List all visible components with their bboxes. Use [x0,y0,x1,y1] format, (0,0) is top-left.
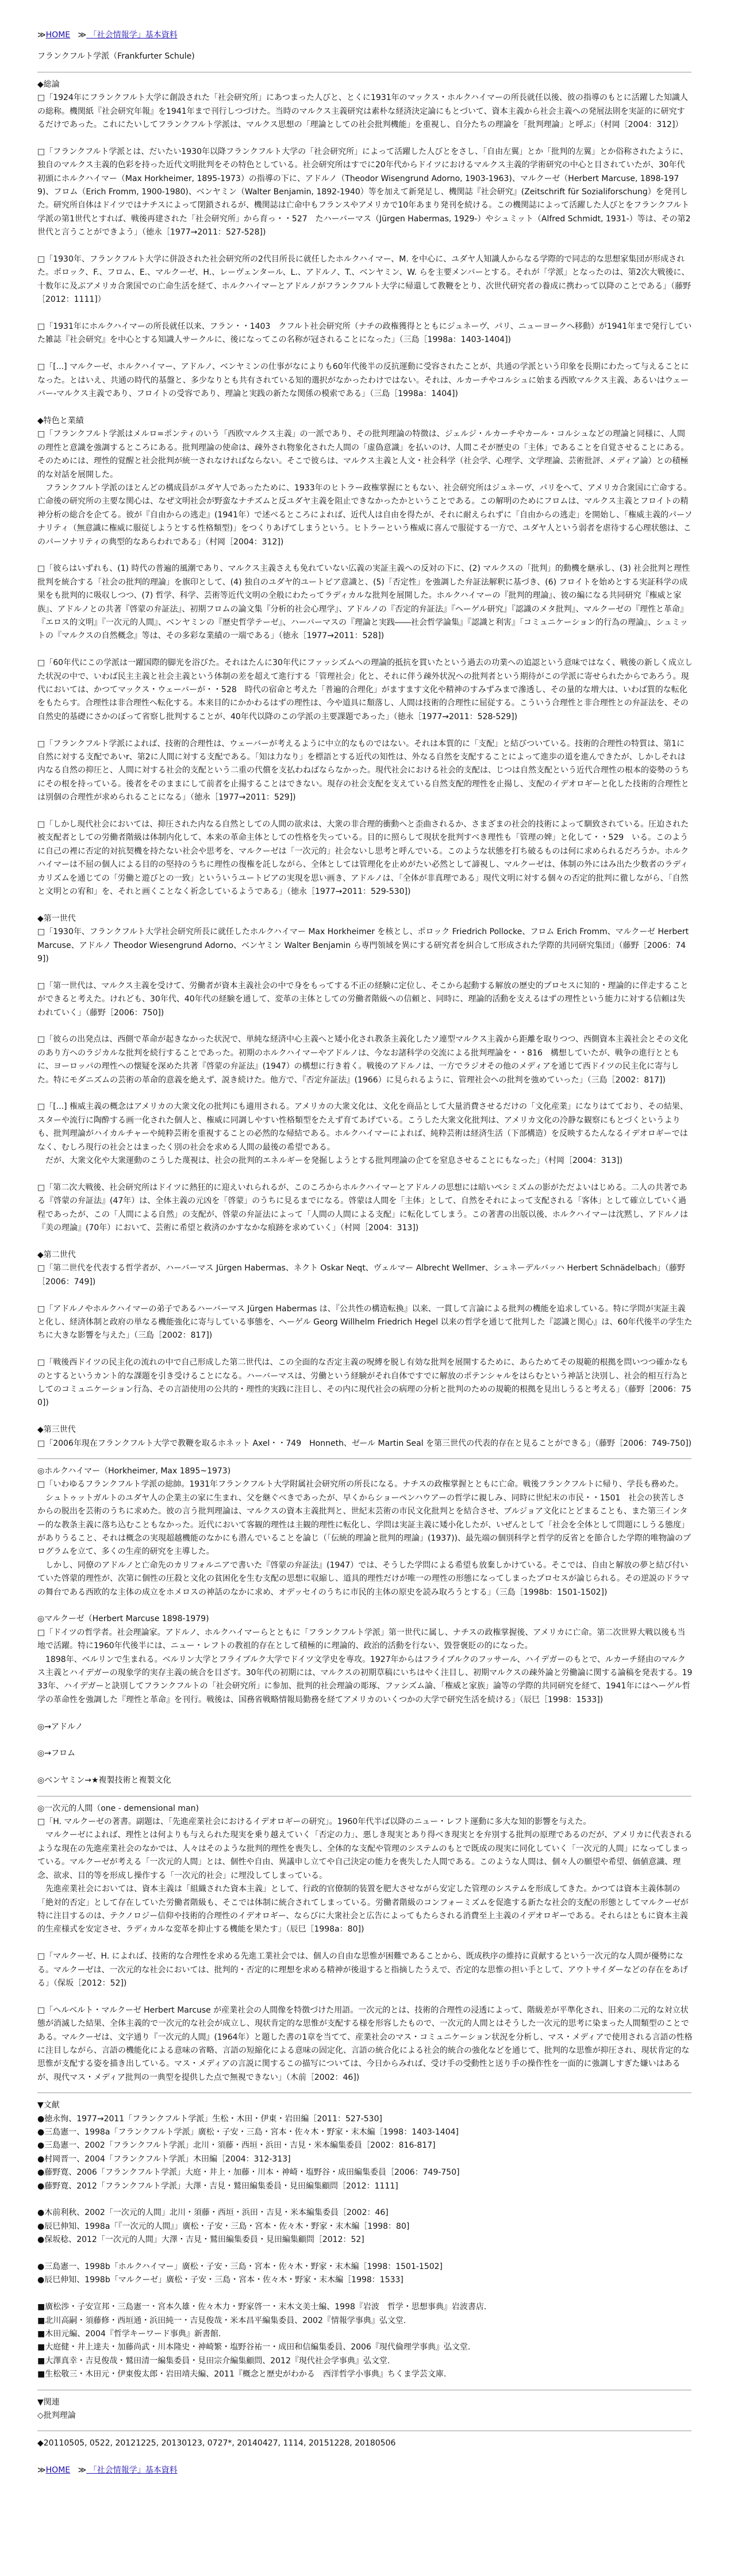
social-informatics-basics-link[interactable]: 「社会情報学」基本資料 [86,30,177,40]
quote-paragraph: □「いわゆるフランクフルト学派の総帥。1931年フランクフルト大学附属社会研究所… [37,1478,693,1599]
reference-item: ●徳永恂、1977→2011「フランクフルト学派」生松・木田・伊東・岩田編［20… [37,2113,693,2126]
references-heading: ▼文献 [37,2099,693,2112]
benjamin-link[interactable]: ◎ベンヤミン→★複製技術と複製文化 [37,1774,693,1787]
reference-item: ●藤野寛、2006「フランクフルト学派」大庭・井上・加藤・川本・神崎・塩野谷・成… [37,2166,693,2179]
quote-paragraph: □「60年代にこの学派は一躍国際的脚光を浴びた。それはたんに30年代にファッシズ… [37,657,693,724]
person-marcuse: ◎マルクーゼ（Herbert Marcuse 1898-1979) □「ドイツの… [37,1613,693,1707]
quote-paragraph: □「第二世代を代表する哲学者が、ハーバーマス Jürgen Habermas、ネ… [37,1262,693,1289]
quote-paragraph: □「第一世代は、マルクス主義を受けて、労働者が資本主義社会の中で身をもってする不… [37,980,693,1020]
quote-paragraph: □「フランクフルト学派によれば、技術的合理性は、ウェーバーが考えるように中立的な… [37,738,693,805]
reference-item: ●辰巳伸知、1998a「『一次元的人間』」廣松・子安・三島・宮本・佐々木・野家・… [37,2220,693,2233]
reference-book: ■生松敬三・木田元・伊東俊太郎・岩田靖夫編、2011『概念と歴史がわかる 西洋哲… [37,2368,693,2381]
breadcrumb-arrow: ≫ [37,2466,46,2475]
page-title: フランクフルト学派（Frankfurter Schule) [37,50,693,63]
quote-paragraph: □「1930年、フランクフルト大学社会研究所長に就任したホルクハイマー Max … [37,926,693,966]
quote-paragraph: □「[...] 権威主義の概念はアメリカの大衆文化の批判にも適用される。アメリカ… [37,1100,693,1168]
quote-paragraph: □「2006年現在フランクフルト大学で教鞭を取るホネット Axel・・749 H… [37,1437,693,1450]
reference-item: ●村岡晋一、2004「フランクフルト学派」木田編［2004：312-313] [37,2153,693,2166]
quote-paragraph: □「ドイツの哲学者。社会理論家。アドルノ、ホルクハイマーらとともに「フランクフル… [37,1626,693,1707]
adorno-link[interactable]: ◎→アドルノ [37,1721,693,1734]
reference-book: ■木田元編、2004『哲学キーワード事典』新書館. [37,2328,693,2341]
reference-item: ●三島憲一、2002「フランクフルト学派」北川・須藤・西垣・浜田・吉見・米本編集… [37,2139,693,2152]
breadcrumb-top: ≫HOME ≫ 「社会情報学」基本資料 [37,29,693,42]
quote-paragraph: □「H. マルクーゼの著書。副題は、「先進産業社会におけるイデオロギーの研究」。… [37,1815,693,1937]
person-heading: ◎ホルクハイマー（Horkheimer, Max 1895~1973) [37,1465,693,1478]
quote-paragraph: □「アドルノやホルクハイマーの弟子であるハーバーマス Jürgen Haberm… [37,1303,693,1343]
reference-item: ●藤野寛、2012「フランクフルト学派」大澤・吉見・鷲田編集委員・見田編集顧問［… [37,2180,693,2193]
person-heading: ◎マルクーゼ（Herbert Marcuse 1898-1979) [37,1613,693,1626]
update-history: ◆20110505, 0522, 20121225, 20130123, 072… [37,2437,693,2450]
quote-paragraph: □「第二次大戦後、社会研究所はドイツに熱狂的に迎えいれられるが、このころからホル… [37,1181,693,1235]
reference-item: ●三島憲一、1998a「フランクフルト学派」廣松・子安・三島・宮本・佐々木・野家… [37,2126,693,2139]
section-heading: ◆第一世代 [37,912,693,926]
references-section: ▼文献 ●徳永恂、1977→2011「フランクフルト学派」生松・木田・伊東・岩田… [37,2099,693,2381]
section-heading: ◆特色と業績 [37,414,693,428]
section-second-generation: ◆第二世代 □「第二世代を代表する哲学者が、ハーバーマス Jürgen Habe… [37,1249,693,1410]
divider [37,1796,691,1796]
divider [37,72,691,72]
section-heading: ◆総論 [37,78,693,91]
reference-book: ■北川高嗣・須藤修・西垣通・浜田純一・吉見俊哉・米本昌平編集委員、2002『情報… [37,2314,693,2328]
breadcrumb-arrow: ≫ [37,30,46,40]
section-one-dimensional-man: ◎一次元的人間（one - demensional man) □「H. マルクー… [37,1802,693,2085]
section-third-generation: ◆第三世代 □「2006年現在フランクフルト大学で教鞭を取るホネット Axel・… [37,1423,693,1450]
quote-paragraph: □「1931年にホルクハイマーの所長就任以来、フラン・・1403 クフルト社会研… [37,320,693,347]
quote-paragraph: □「1924年にフランクフルト大学に創設された「社会研究所」にあつまった人びと、… [37,91,693,132]
related-section: ▼関連 ◇批判理論 [37,2396,693,2423]
fromm-link[interactable]: ◎→フロム [37,1747,693,1760]
quote-paragraph: □「マルクーゼ、H. によれば、技術的な合理性を求める先進工業社会では、個人の自… [37,1950,693,1990]
reference-item: ●辰巳伸知、1998b「マルクーゼ」廣松・子安・三島・宮本・佐々木・野家・末木編… [37,2274,693,2287]
breadcrumb-arrow: ≫ [78,2466,87,2475]
divider [37,2390,691,2390]
breadcrumb-arrow: ≫ [78,30,87,40]
quote-paragraph: □「[...] マルクーゼ、ホルクハイマー、アドルノ、ベンヤミンの仕事がなにより… [37,360,693,401]
quote-paragraph: □「戦後西ドイツの民主化の流れの中で自己形成した第二世代は、この全面的な否定主義… [37,1356,693,1410]
quote-paragraph: □「ヘルベルト・マルクーゼ Herbert Marcuse が産業社会の人間像を… [37,2004,693,2084]
quote-paragraph: □「彼らはいずれも、(1) 時代の普遍的風潮であり、マルクス主義さえも免れていな… [37,562,693,643]
related-heading: ▼関連 [37,2396,693,2409]
section-heading: ◎一次元的人間（one - demensional man) [37,1802,693,1815]
divider [37,2093,691,2093]
divider [37,2431,691,2431]
reference-book: ■廣松渉・子安宣邦・三島憲一・宮本久雄・佐々木力・野家啓一・末木文美士編、199… [37,2301,693,2314]
section-features: ◆特色と業績 □「フランクフルト学派はメルロ=ポンティのいう「西欧マルクス主義」… [37,414,693,899]
section-heading: ◆第三世代 [37,1423,693,1437]
section-first-generation: ◆第一世代 □「1930年、フランクフルト大学社会研究所長に就任したホルクハイマ… [37,912,693,1235]
related-item-critical-theory[interactable]: ◇批判理論 [37,2409,693,2423]
reference-item: ●木前利秋、2002「一次元的人間」北川・須藤・西垣・浜田・吉見・米本編集委員［… [37,2206,693,2220]
reference-book: ■大庭健・井上達夫・加藤尚武・川本隆史・神崎繁・塩野谷祐一・成田和信編集委員、2… [37,2341,693,2354]
quote-paragraph: □「1930年、フランクフルト大学に併設された社会研究所の2代目所長に就任したホ… [37,253,693,307]
home-link[interactable]: HOME [46,30,70,40]
breadcrumb-bottom: ≫HOME ≫ 「社会情報学」基本資料 [37,2464,693,2477]
person-horkheimer: ◎ホルクハイマー（Horkheimer, Max 1895~1973) □「いわ… [37,1465,693,1599]
divider [37,1458,691,1459]
quote-paragraph: □「彼らの出発点は、西側で革命が起きなかった状況で、単純な経済中心主義へと矮小化… [37,1033,693,1087]
quote-paragraph: □「しかし現代社会においては、抑圧された内なる自然としての人間の欲求は、大衆の非… [37,818,693,899]
quote-paragraph: □「フランクフルト学派はメルロ=ポンティのいう「西欧マルクス主義」の一派であり、… [37,428,693,549]
social-informatics-basics-link[interactable]: 「社会情報学」基本資料 [86,2466,177,2475]
reference-book: ■大澤真幸・吉見俊哉・鷲田清一編集委員・見田宗介編集顧問、2012『現代社会学事… [37,2355,693,2368]
section-heading: ◆第二世代 [37,1249,693,1262]
reference-item: ●保坂稔、2012「一次元的人間」大澤・吉見・鷲田編集委員・見田編集顧問［201… [37,2233,693,2247]
quote-paragraph: □「フランクフルト学派とは、だいたい1930年以降フランクフルト大学の「社会研究… [37,145,693,240]
home-link[interactable]: HOME [46,2466,70,2475]
section-overview: ◆総論 □「1924年にフランクフルト大学に創設された「社会研究所」にあつまった… [37,78,693,401]
reference-item: ●三島憲一、1998b「ホルクハイマー」廣松・子安・三島・宮本・佐々木・野家・末… [37,2260,693,2274]
document-page: ≫HOME ≫ 「社会情報学」基本資料 フランクフルト学派（Frankfurte… [0,0,693,2501]
